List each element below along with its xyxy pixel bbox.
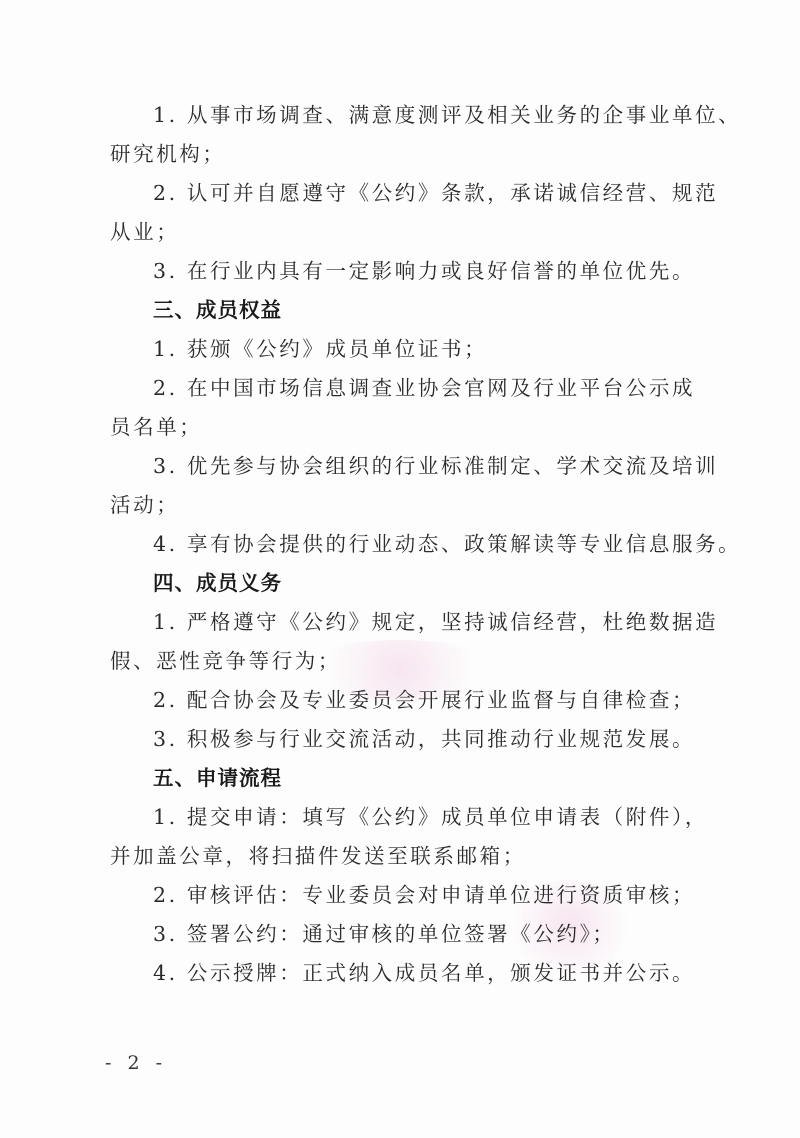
obligations-item-1: 1. 严格遵守《公约》规定，坚持诚信经营，杜绝数据造 [153, 603, 718, 642]
eligibility-item-2-cont: 从业； [110, 213, 179, 252]
process-item-1: 1. 提交申请：填写《公约》成员单位申请表（附件）， [153, 798, 708, 837]
process-item-4: 4. 公示授牌：正式纳入成员名单，颁发证书并公示。 [153, 954, 695, 993]
document-page: 1. 从事市场调查、满意度测评及相关业务的企事业单位、 研究机构； 2. 认可并… [0, 0, 800, 1138]
rights-item-2-cont: 员名单； [110, 408, 202, 447]
obligations-item-3: 3. 积极参与行业交流活动，共同推动行业规范发展。 [153, 720, 695, 759]
eligibility-item-1-cont: 研究机构； [110, 135, 226, 174]
section-heading-obligations: 四、成员义务 [153, 564, 282, 603]
obligations-item-2: 2. 配合协会及专业委员会开展行业监督与自律检查； [153, 681, 695, 720]
process-item-1-cont: 并加盖公章，将扫描件发送至联系邮箱； [110, 837, 526, 876]
process-item-3: 3. 签署公约：通过审核的单位签署《公约》； [153, 915, 616, 954]
rights-item-2: 2. 在中国市场信息调查业协会官网及行业平台公示成 [153, 369, 695, 408]
rights-item-3-cont: 活动； [110, 486, 179, 525]
eligibility-item-2: 2. 认可并自愿遵守《公约》条款，承诺诚信经营、规范 [153, 174, 718, 213]
rights-item-3: 3. 优先参与协会组织的行业标准制定、学术交流及培训 [153, 447, 718, 486]
eligibility-item-3: 3. 在行业内具有一定影响力或良好信誉的单位优先。 [153, 252, 695, 291]
eligibility-item-1: 1. 从事市场调查、满意度测评及相关业务的企事业单位、 [153, 96, 741, 135]
page-number: - 2 - [105, 1052, 167, 1074]
section-heading-process: 五、申请流程 [153, 759, 282, 798]
section-heading-rights: 三、成员权益 [153, 291, 282, 330]
rights-item-4: 4. 享有协会提供的行业动态、政策解读等专业信息服务。 [153, 525, 741, 564]
process-item-2: 2. 审核评估：专业委员会对申请单位进行资质审核； [153, 876, 695, 915]
obligations-item-1-cont: 假、恶性竞争等行为； [110, 642, 341, 681]
rights-item-1: 1. 获颁《公约》成员单位证书； [153, 330, 487, 369]
